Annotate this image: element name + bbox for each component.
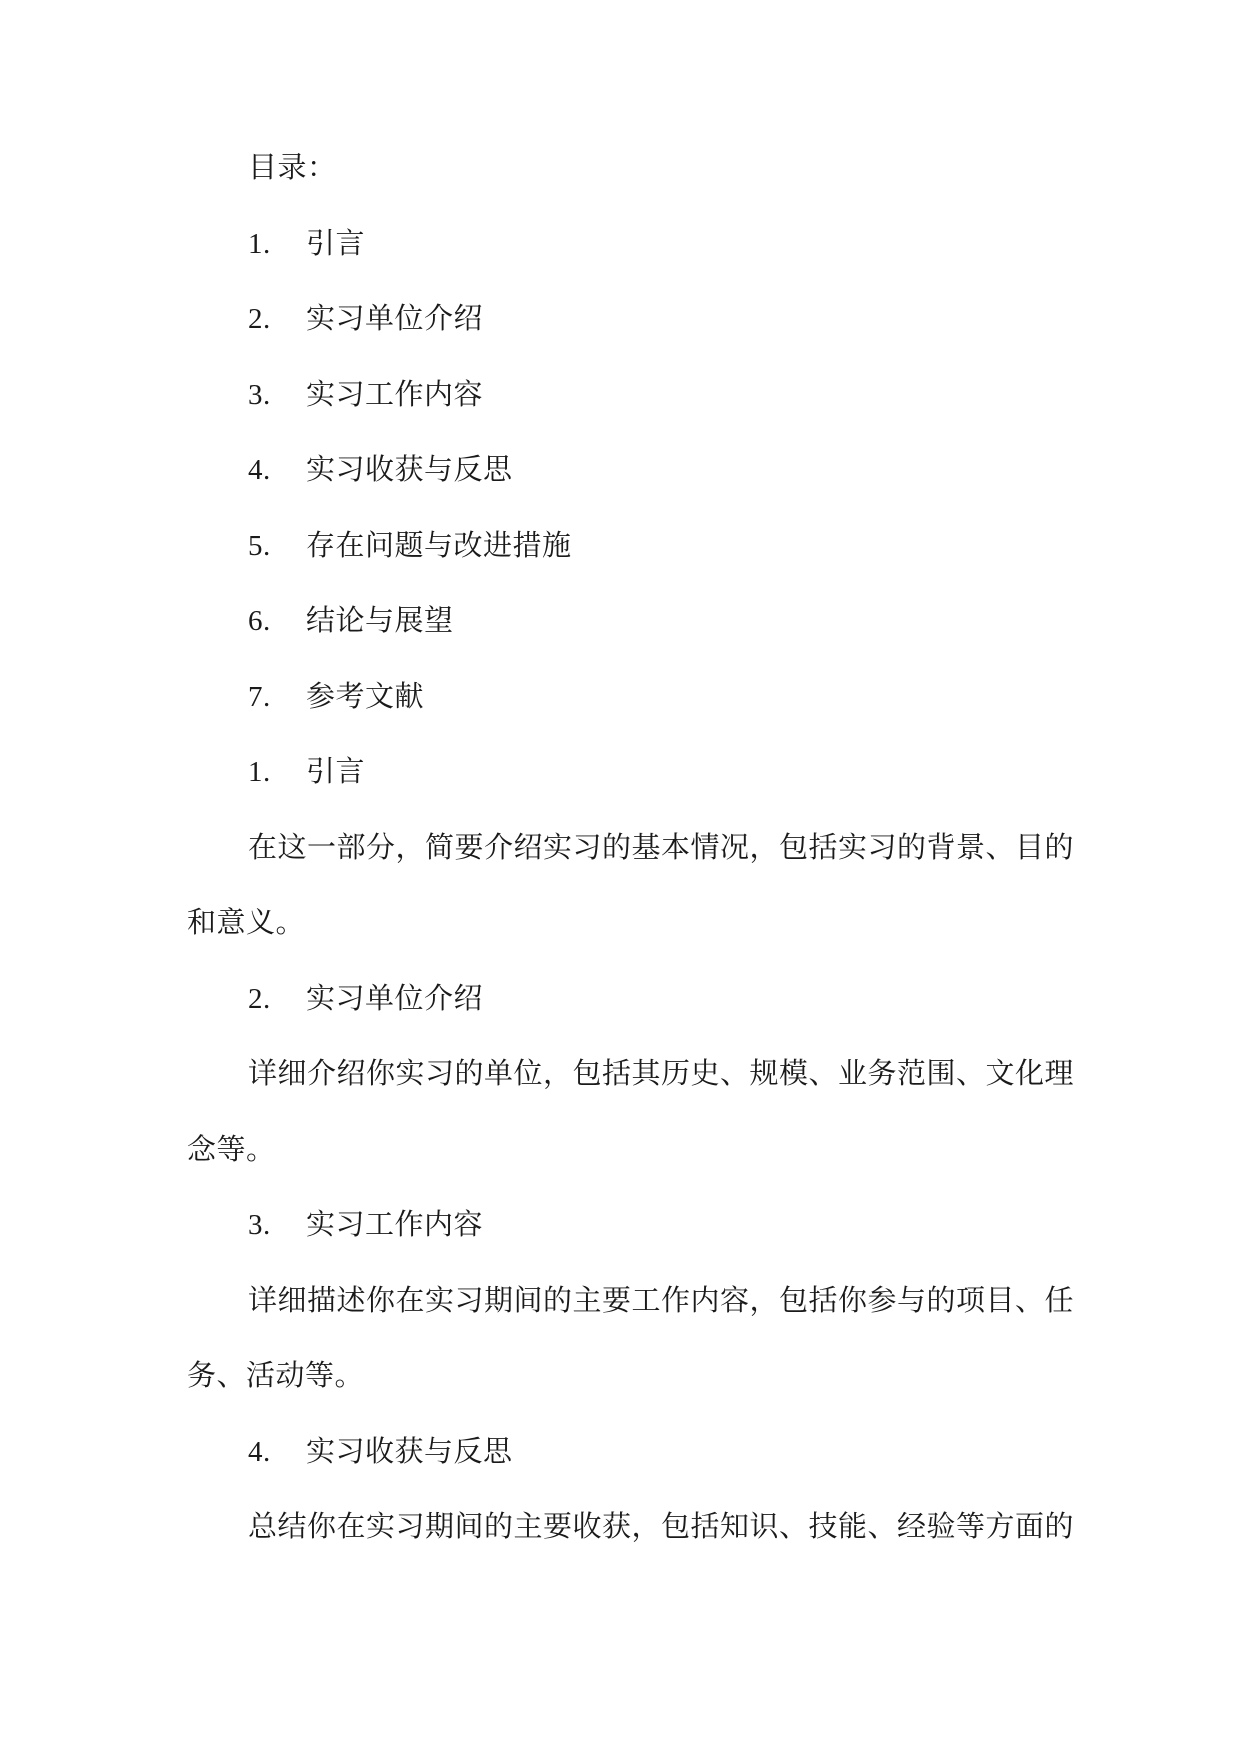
numbered-line: 5.存在问题与改进措施 bbox=[187, 509, 1066, 585]
list-item-number: 3. bbox=[248, 358, 306, 434]
numbered-line: 3.实习工作内容 bbox=[187, 1188, 1066, 1264]
numbered-line: 3.实习工作内容 bbox=[187, 358, 1066, 434]
paragraph-line: 详细介绍你实习的单位，包括其历史、规模、业务范围、文化理 bbox=[187, 1037, 1066, 1113]
list-item-number: 2. bbox=[248, 962, 306, 1038]
line-text: 实习收获与反思 bbox=[306, 1436, 513, 1468]
numbered-line: 6.结论与展望 bbox=[187, 584, 1066, 660]
paragraph-line: 总结你在实习期间的主要收获，包括知识、技能、经验等方面的 bbox=[187, 1490, 1066, 1566]
line-text: 念等。 bbox=[187, 1134, 276, 1166]
line-text: 详细描述你在实习期间的主要工作内容，包括你参与的项目、任 bbox=[248, 1285, 1074, 1317]
line-text: 实习工作内容 bbox=[306, 379, 483, 411]
line-text: 存在问题与改进措施 bbox=[306, 530, 572, 562]
list-item-number: 7. bbox=[248, 660, 306, 736]
numbered-line: 1.引言 bbox=[187, 207, 1066, 283]
numbered-line: 1.引言 bbox=[187, 735, 1066, 811]
numbered-line: 2.实习单位介绍 bbox=[187, 282, 1066, 358]
numbered-line: 4.实习收获与反思 bbox=[187, 433, 1066, 509]
document-body: 目录：1.引言2.实习单位介绍3.实习工作内容4.实习收获与反思5.存在问题与改… bbox=[0, 0, 1241, 1566]
list-item-number: 5. bbox=[248, 509, 306, 585]
list-item-number: 2. bbox=[248, 282, 306, 358]
list-item-number: 4. bbox=[248, 1415, 306, 1491]
paragraph-continuation-line: 务、活动等。 bbox=[187, 1339, 1066, 1415]
line-text: 引言 bbox=[306, 756, 365, 788]
paragraph-continuation-line: 和意义。 bbox=[187, 886, 1066, 962]
line-text: 实习收获与反思 bbox=[306, 454, 513, 486]
paragraph-line: 详细描述你在实习期间的主要工作内容，包括你参与的项目、任 bbox=[187, 1264, 1066, 1340]
line-text: 目录： bbox=[248, 152, 337, 184]
list-item-number: 6. bbox=[248, 584, 306, 660]
paragraph-line: 在这一部分，简要介绍实习的基本情况，包括实习的背景、目的 bbox=[187, 811, 1066, 887]
line-text: 实习单位介绍 bbox=[306, 303, 483, 335]
line-text: 详细介绍你实习的单位，包括其历史、规模、业务范围、文化理 bbox=[248, 1058, 1074, 1090]
line-text: 结论与展望 bbox=[306, 605, 454, 637]
numbered-line: 4.实习收获与反思 bbox=[187, 1415, 1066, 1491]
list-item-number: 3. bbox=[248, 1188, 306, 1264]
numbered-line: 7.参考文献 bbox=[187, 660, 1066, 736]
list-item-number: 4. bbox=[248, 433, 306, 509]
line-text: 参考文献 bbox=[306, 681, 424, 713]
list-item-number: 1. bbox=[248, 735, 306, 811]
line-text: 实习单位介绍 bbox=[306, 983, 483, 1015]
paragraph-continuation-line: 念等。 bbox=[187, 1113, 1066, 1189]
line-text: 在这一部分，简要介绍实习的基本情况，包括实习的背景、目的 bbox=[248, 832, 1074, 864]
toc-header-line: 目录： bbox=[187, 131, 1066, 207]
line-text: 务、活动等。 bbox=[187, 1360, 364, 1392]
line-text: 引言 bbox=[306, 228, 365, 260]
numbered-line: 2.实习单位介绍 bbox=[187, 962, 1066, 1038]
list-item-number: 1. bbox=[248, 207, 306, 283]
line-text: 实习工作内容 bbox=[306, 1209, 483, 1241]
line-text: 和意义。 bbox=[187, 907, 305, 939]
line-text: 总结你在实习期间的主要收获，包括知识、技能、经验等方面的 bbox=[248, 1511, 1074, 1543]
document-page: 目录：1.引言2.实习单位介绍3.实习工作内容4.实习收获与反思5.存在问题与改… bbox=[0, 0, 1241, 1754]
